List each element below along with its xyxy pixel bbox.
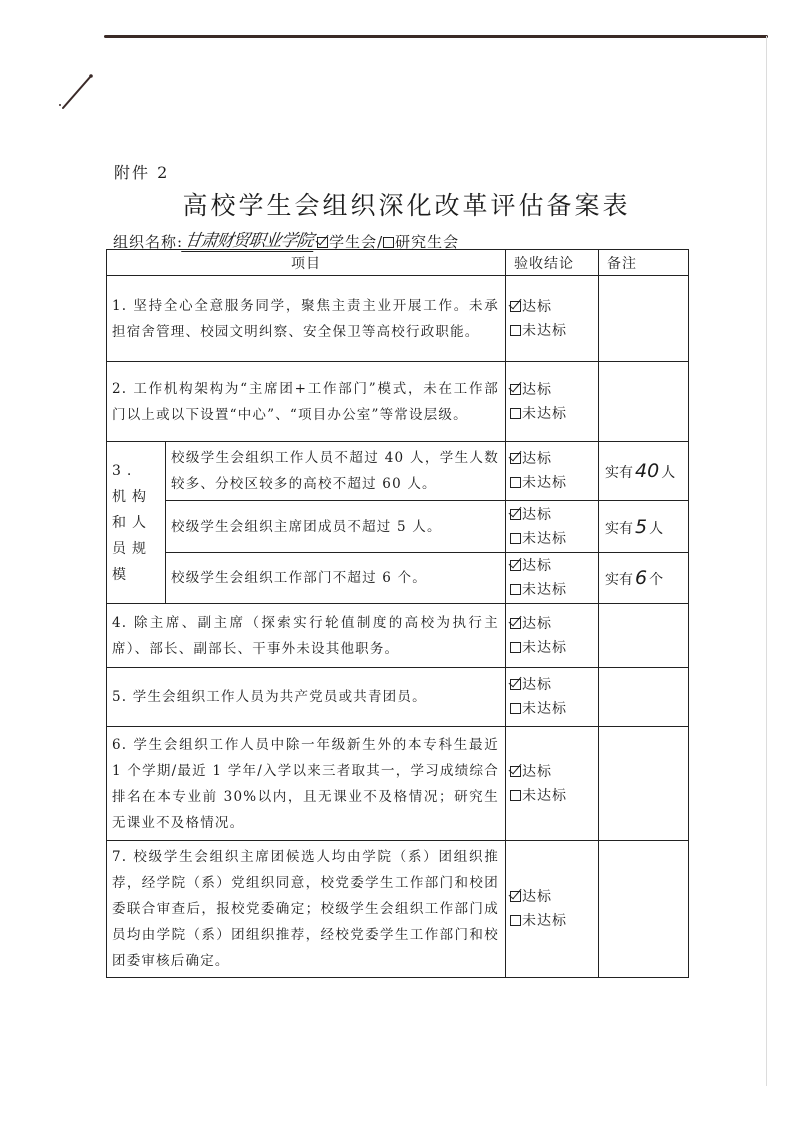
checkbox-pass[interactable]	[510, 618, 521, 629]
subitem-text: 校级学生会组织工作部门不超过 6 个。	[166, 553, 506, 604]
result-pass-option[interactable]: 达标	[510, 673, 598, 697]
result-pass-option[interactable]: 达标	[510, 885, 598, 909]
checkbox-fail[interactable]	[510, 915, 521, 926]
result-pass-option[interactable]: 达标	[510, 554, 598, 578]
note-cell[interactable]	[599, 604, 689, 668]
item-text: 2. 工作机构架构为“主席团+工作部门”模式，未在工作部门以上或以下设置“中心”…	[107, 362, 506, 442]
group-label: 3. 机构和人员规模	[107, 442, 166, 604]
table-row: 6. 学生会组织工作人员中除一年级新生外的本专科生最近 1 个学期/最近 1 学…	[107, 727, 689, 841]
note-unit: 人	[661, 465, 675, 481]
result-pass-option[interactable]: 达标	[510, 378, 598, 402]
checkbox-student-union[interactable]	[317, 237, 328, 248]
checkbox-fail[interactable]	[510, 790, 521, 801]
item-text: 5. 学生会组织工作人员为共产党员或共青团员。	[107, 668, 506, 727]
pass-label: 达标	[522, 507, 552, 523]
note-unit: 人	[649, 521, 663, 537]
result-fail-option[interactable]: 未达标	[510, 578, 598, 602]
fail-label: 未达标	[522, 406, 567, 422]
pass-label: 达标	[522, 299, 552, 315]
note-handwritten-value: 40	[635, 460, 659, 482]
checkbox-pass[interactable]	[510, 766, 521, 777]
result-cell: 达标 未达标	[506, 362, 599, 442]
checkbox-fail[interactable]	[510, 584, 521, 595]
item-text: 7. 校级学生会组织主席团候选人均由学院（系）团组织推荐，经学院（系）党组织同意…	[107, 841, 506, 978]
checkbox-pass[interactable]	[510, 679, 521, 690]
fail-label: 未达标	[522, 323, 567, 339]
result-fail-option[interactable]: 未达标	[510, 527, 598, 551]
checkbox-pass[interactable]	[510, 891, 521, 902]
checkbox-graduate-union[interactable]	[383, 237, 394, 248]
result-pass-option[interactable]: 达标	[510, 760, 598, 784]
pass-label: 达标	[522, 382, 552, 398]
note-prefix: 实有	[605, 521, 633, 537]
pass-label: 达标	[522, 889, 552, 905]
item-text: 4. 除主席、副主席（探索实行轮值制度的高校为执行主席）、部长、副部长、干事外未…	[107, 604, 506, 668]
result-cell: 达标 未达标	[506, 501, 599, 553]
subitem-text: 校级学生会组织主席团成员不超过 5 人。	[166, 501, 506, 553]
table-row: 2. 工作机构架构为“主席团+工作部门”模式，未在工作部门以上或以下设置“中心”…	[107, 362, 689, 442]
checkbox-pass[interactable]	[510, 509, 521, 520]
table-header-row: 项目 验收结论 备注	[107, 250, 689, 276]
checkbox-pass[interactable]	[510, 453, 521, 464]
table-row: 校级学生会组织工作部门不超过 6 个。 达标 未达标 实有6个	[107, 553, 689, 604]
result-fail-option[interactable]: 未达标	[510, 784, 598, 808]
table-row: 3. 机构和人员规模 校级学生会组织工作人员不超过 40 人，学生人数较多、分校…	[107, 442, 689, 501]
note-handwritten-value: 5	[635, 516, 647, 538]
subitem-text: 校级学生会组织工作人员不超过 40 人，学生人数较多、分校区较多的高校不超过 6…	[166, 442, 506, 501]
table-row: 校级学生会组织主席团成员不超过 5 人。 达标 未达标 实有5人	[107, 501, 689, 553]
note-cell[interactable]	[599, 727, 689, 841]
attachment-label: 附件 2	[114, 160, 169, 183]
fail-label: 未达标	[522, 582, 567, 598]
note-prefix: 实有	[605, 465, 633, 481]
note-cell[interactable]	[599, 276, 689, 362]
result-fail-option[interactable]: 未达标	[510, 319, 598, 343]
fail-label: 未达标	[522, 531, 567, 547]
result-cell: 达标 未达标	[506, 668, 599, 727]
fail-label: 未达标	[522, 701, 567, 717]
result-pass-option[interactable]: 达标	[510, 295, 598, 319]
result-pass-option[interactable]: 达标	[510, 612, 598, 636]
result-fail-option[interactable]: 未达标	[510, 402, 598, 426]
fail-label: 未达标	[522, 913, 567, 929]
checkbox-pass[interactable]	[510, 301, 521, 312]
result-fail-option[interactable]: 未达标	[510, 636, 598, 660]
result-fail-option[interactable]: 未达标	[510, 697, 598, 721]
item-text: 6. 学生会组织工作人员中除一年级新生外的本专科生最近 1 个学期/最近 1 学…	[107, 727, 506, 841]
checkbox-fail[interactable]	[510, 477, 521, 488]
table-row: 1. 坚持全心全意服务同学，聚焦主责主业开展工作。未承担宿舍管理、校园文明纠察、…	[107, 276, 689, 362]
pass-label: 达标	[522, 764, 552, 780]
note-prefix: 实有	[605, 572, 633, 588]
result-cell: 达标 未达标	[506, 604, 599, 668]
result-cell: 达标 未达标	[506, 841, 599, 978]
header-note: 备注	[599, 250, 689, 276]
checkbox-pass[interactable]	[510, 384, 521, 395]
item-text: 1. 坚持全心全意服务同学，聚焦主责主业开展工作。未承担宿舍管理、校园文明纠察、…	[107, 276, 506, 362]
note-cell[interactable]	[599, 362, 689, 442]
note-cell[interactable]: 实有5人	[599, 501, 689, 553]
table-row: 7. 校级学生会组织主席团候选人均由学院（系）团组织推荐，经学院（系）党组织同意…	[107, 841, 689, 978]
pass-label: 达标	[522, 616, 552, 632]
header-result: 验收结论	[506, 250, 599, 276]
checkbox-fail[interactable]	[510, 325, 521, 336]
checkbox-pass[interactable]	[510, 560, 521, 571]
note-unit: 个	[649, 572, 663, 588]
result-fail-option[interactable]: 未达标	[510, 471, 598, 495]
document-title: 高校学生会组织深化改革评估备案表	[0, 186, 793, 222]
pass-label: 达标	[522, 677, 552, 693]
header-item: 项目	[107, 250, 506, 276]
result-cell: 达标 未达标	[506, 276, 599, 362]
table-row: 4. 除主席、副主席（探索实行轮值制度的高校为执行主席）、部长、副部长、干事外未…	[107, 604, 689, 668]
table-row: 5. 学生会组织工作人员为共产党员或共青团员。 达标 未达标	[107, 668, 689, 727]
result-cell: 达标 未达标	[506, 553, 599, 604]
note-cell[interactable]: 实有6个	[599, 553, 689, 604]
fail-label: 未达标	[522, 788, 567, 804]
pass-label: 达标	[522, 558, 552, 574]
result-pass-option[interactable]: 达标	[510, 503, 598, 527]
fail-label: 未达标	[522, 640, 567, 656]
checkbox-fail[interactable]	[510, 642, 521, 653]
note-handwritten-value: 6	[635, 567, 647, 589]
page-top-edge	[104, 35, 768, 38]
note-cell[interactable]: 实有40人	[599, 442, 689, 501]
fail-label: 未达标	[522, 475, 567, 491]
result-fail-option[interactable]: 未达标	[510, 909, 598, 933]
note-cell[interactable]	[599, 668, 689, 727]
result-cell: 达标 未达标	[506, 442, 599, 501]
pen-mark-icon	[55, 72, 99, 112]
result-cell: 达标 未达标	[506, 727, 599, 841]
evaluation-table: 项目 验收结论 备注 1. 坚持全心全意服务同学，聚焦主责主业开展工作。未承担宿…	[106, 249, 689, 978]
result-pass-option[interactable]: 达标	[510, 447, 598, 471]
checkbox-fail[interactable]	[510, 703, 521, 714]
pass-label: 达标	[522, 451, 552, 467]
checkbox-fail[interactable]	[510, 408, 521, 419]
note-cell[interactable]	[599, 841, 689, 978]
checkbox-fail[interactable]	[510, 533, 521, 544]
